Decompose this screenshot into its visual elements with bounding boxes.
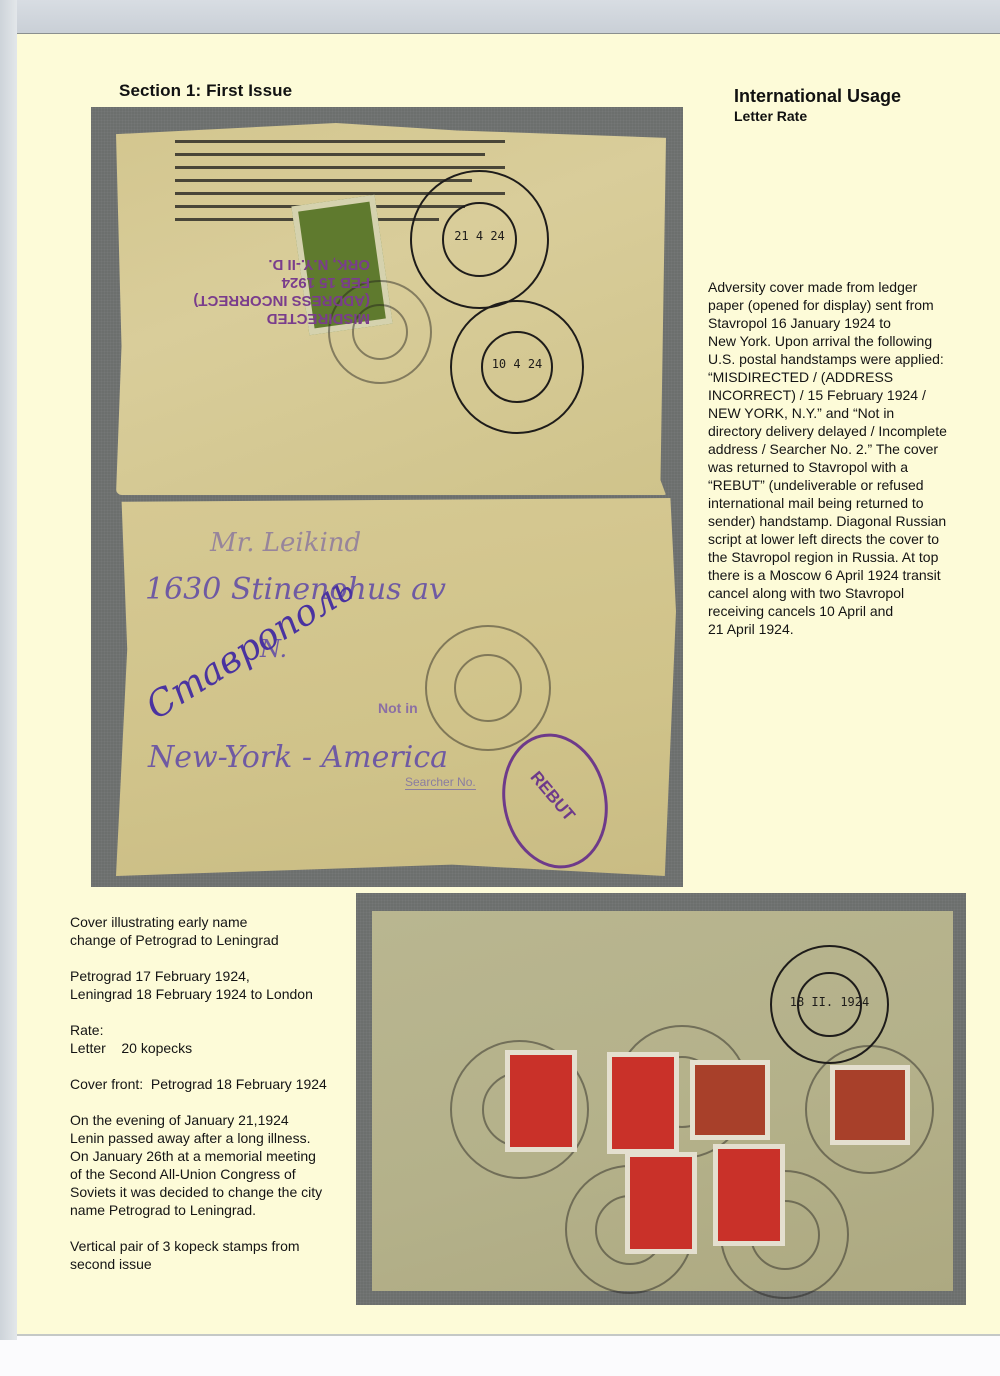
lower-cover-description: Cover illustrating early namechange of P… bbox=[70, 913, 355, 1291]
searcher-handstamp: Searcher No. bbox=[405, 775, 476, 790]
stamp-3-kopeck-2 bbox=[830, 1065, 910, 1145]
scan-border-top bbox=[0, 0, 1000, 34]
section-title: Section 1: First Issue bbox=[119, 81, 292, 101]
address-line-city: New-York - America bbox=[148, 740, 448, 775]
address-line-name: Mr. Leikind bbox=[210, 528, 361, 558]
upper-cover-description: Adversity cover made from ledgerpaper (o… bbox=[708, 278, 978, 638]
misdirected-handstamp: MISDIRECTED (ADDRESS INCORRECT) FEB 15 1… bbox=[140, 255, 370, 327]
stavropol-postmark-10-april: 10 4 24 bbox=[450, 300, 584, 434]
stamp-3-kopeck-1 bbox=[690, 1060, 770, 1140]
scan-border-left bbox=[0, 0, 17, 1340]
usage-title: International Usage bbox=[734, 86, 901, 107]
stamp-3-kopeck-pair-top bbox=[625, 1152, 697, 1254]
usage-subtitle: Letter Rate bbox=[734, 108, 807, 124]
stamp-4-kopeck-2 bbox=[607, 1052, 679, 1154]
stamp-4-kopeck-1 bbox=[505, 1050, 577, 1152]
stavropol-postmark-21-april: 21 4 24 bbox=[410, 170, 549, 309]
stavropol-departure-postmark bbox=[425, 625, 551, 751]
stamp-3-kopeck-pair-bottom bbox=[713, 1144, 785, 1246]
not-in-directory-handstamp: Not in bbox=[378, 700, 418, 716]
